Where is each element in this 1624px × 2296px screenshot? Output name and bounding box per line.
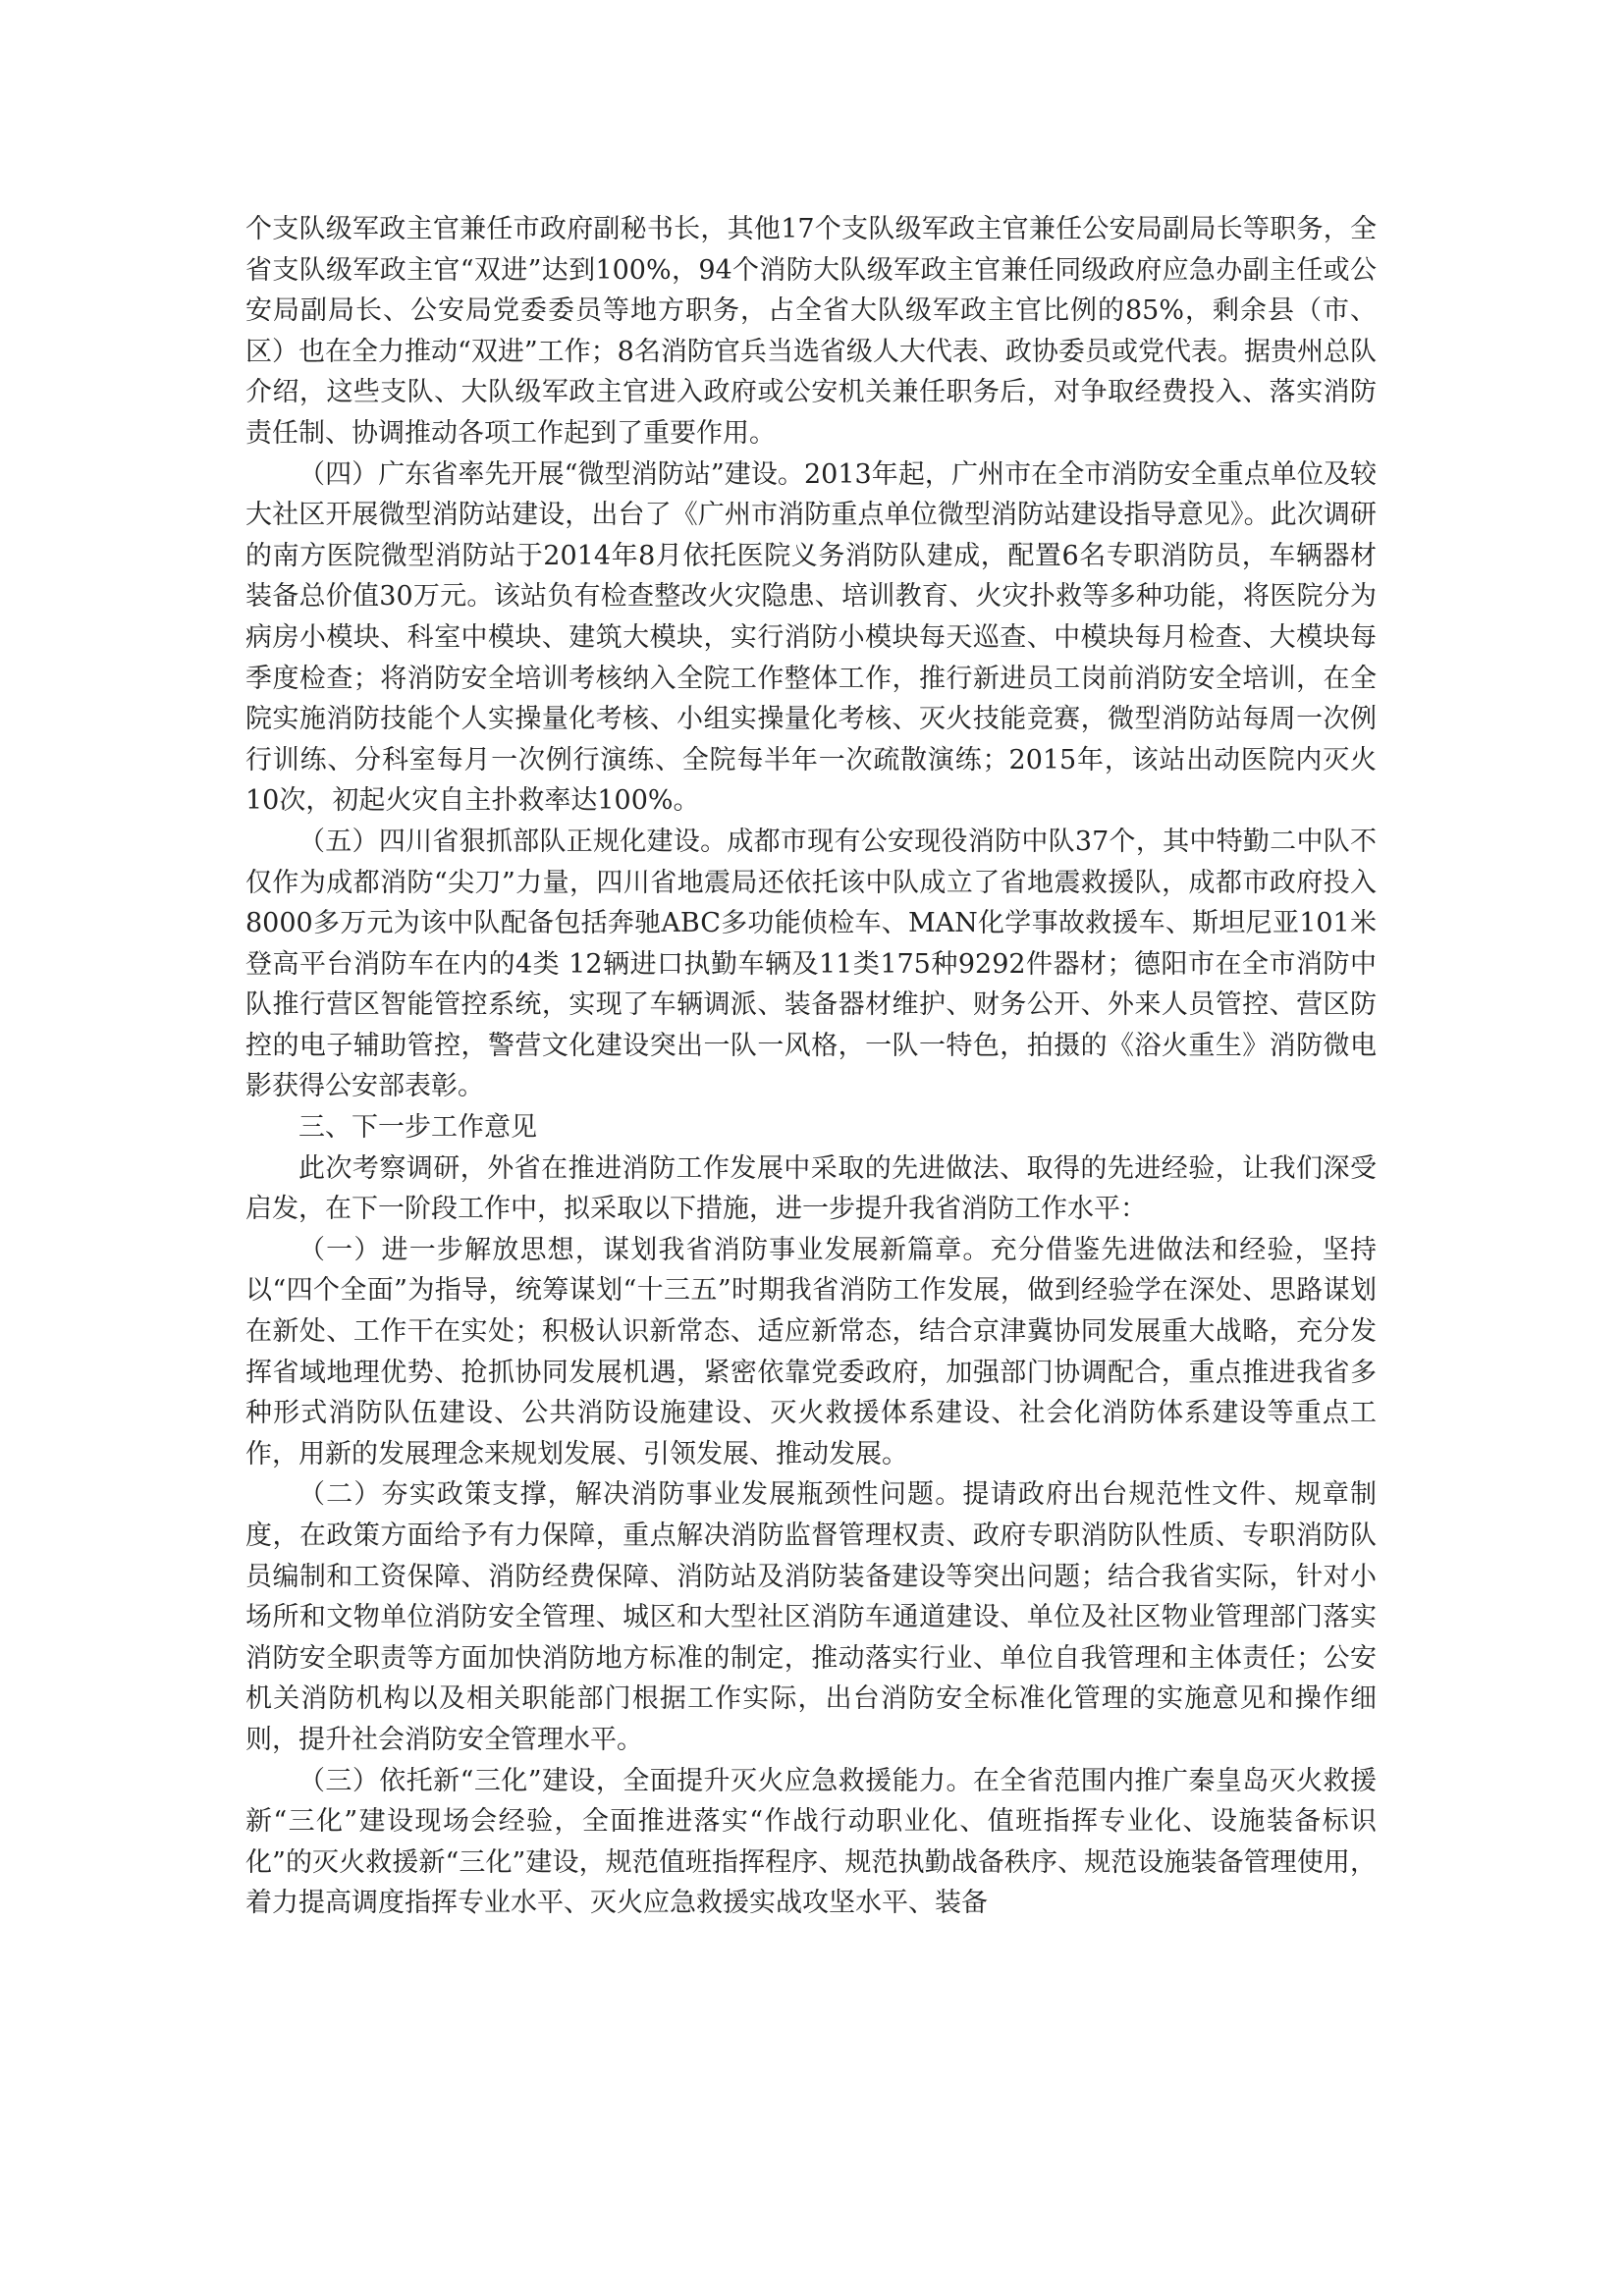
document-page: 个支队级军政主官兼任市政府副秘书长，其他17个支队级军政主官兼任公安局副局长等职… <box>245 209 1377 1924</box>
section-heading-next-steps: 三、下一步工作意见 <box>245 1107 1377 1148</box>
paragraph-guizhou-continued: 个支队级军政主官兼任市政府副秘书长，其他17个支队级军政主官兼任公安局副局长等职… <box>245 209 1377 454</box>
paragraph-sichuan: （五）四川省狠抓部队正规化建设。成都市现有公安现役消防中队37个，其中特勤二中队… <box>245 822 1377 1107</box>
paragraph-item-1: （一）进一步解放思想，谋划我省消防事业发展新篇章。充分借鉴先进做法和经验，坚持以… <box>245 1230 1377 1475</box>
paragraph-intro: 此次考察调研，外省在推进消防工作发展中采取的先进做法、取得的先进经验，让我们深受… <box>245 1148 1377 1230</box>
paragraph-item-3: （三）依托新“三化”建设，全面提升灭火应急救援能力。在全省范围内推广秦皇岛灭火救… <box>245 1761 1377 1924</box>
paragraph-guangdong: （四）广东省率先开展“微型消防站”建设。2013年起，广州市在全市消防安全重点单… <box>245 454 1377 822</box>
paragraph-item-2: （二）夯实政策支撑，解决消防事业发展瓶颈性问题。提请政府出台规范性文件、规章制度… <box>245 1474 1377 1760</box>
